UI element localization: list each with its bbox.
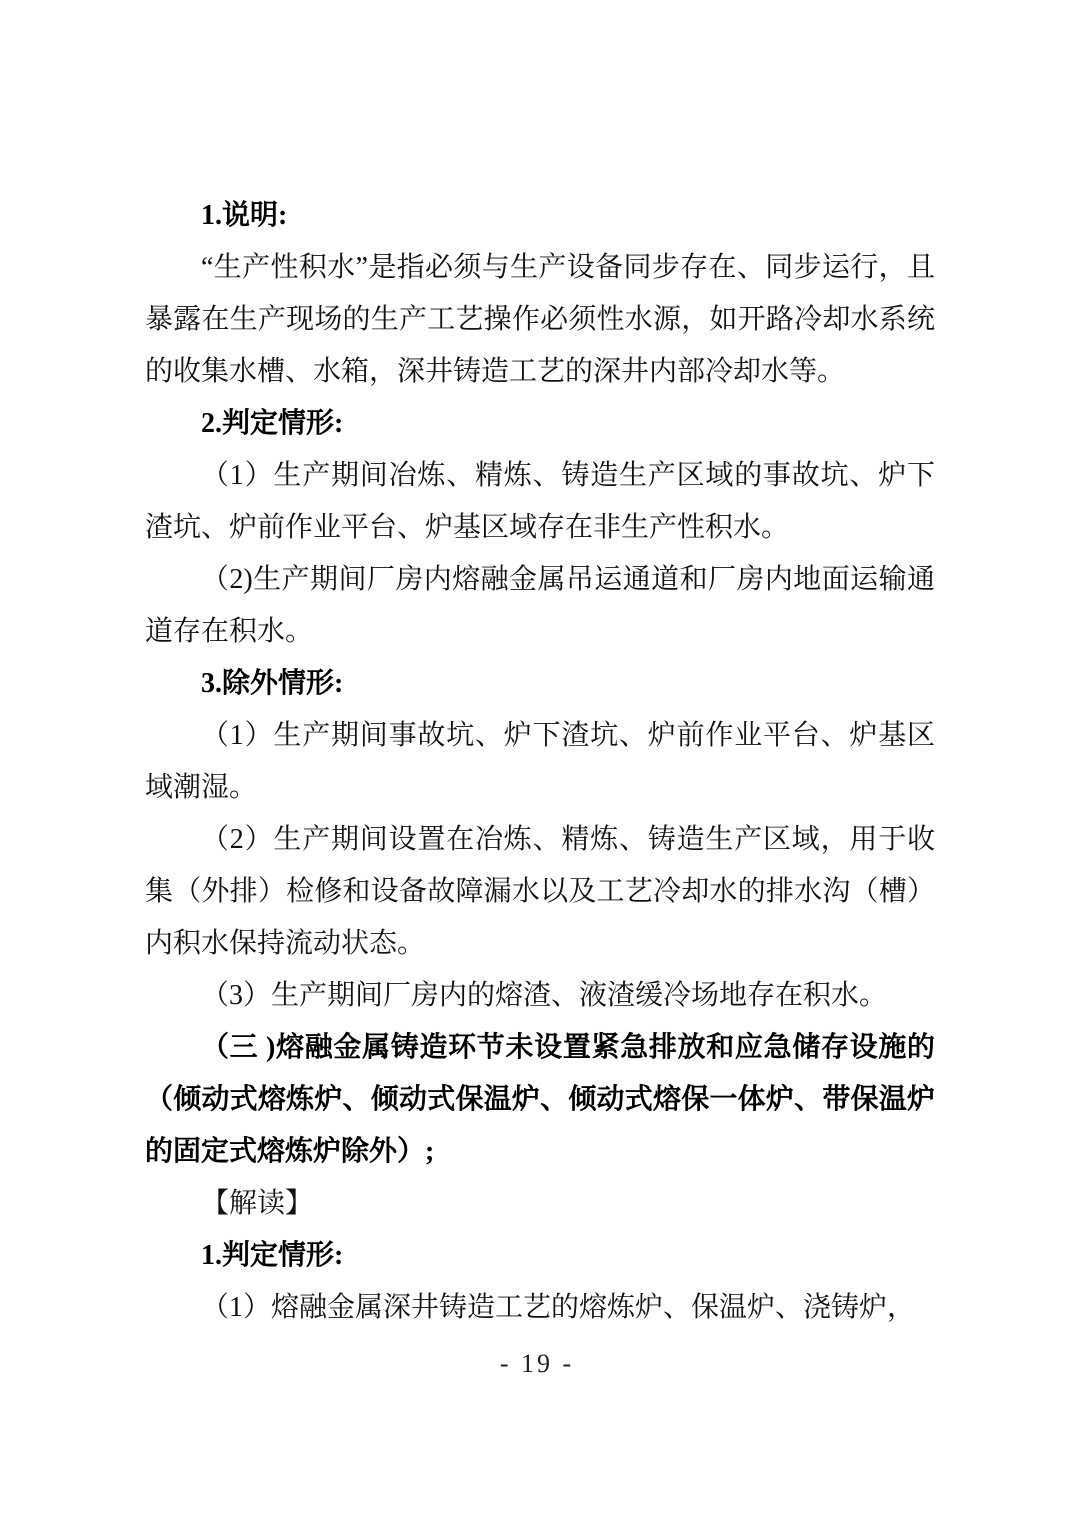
section-heading-chuwai: 3.除外情形: — [145, 658, 935, 710]
document-page: 1.说明: “生产性积水”是指必须与生产设备同步存在、同步运行，且暴露在生产现场… — [0, 0, 1074, 1520]
paragraph-exception-item-2: （2）生产期间设置在冶炼、精炼、铸造生产区域，用于收集（外排）检修和设备故障漏水… — [145, 814, 935, 970]
paragraph-explanation: “生产性积水”是指必须与生产设备同步存在、同步运行，且暴露在生产现场的生产工艺操… — [145, 242, 935, 398]
page-number: - 19 - — [0, 1344, 1074, 1384]
section-heading-shuoming: 1.说明: — [145, 190, 935, 242]
section-heading-panding-2: 1.判定情形: — [145, 1230, 935, 1282]
paragraph-jiedu-label: 【解读】 — [145, 1178, 935, 1230]
paragraph-exception-item-1: （1）生产期间事故坑、炉下渣坑、炉前作业平台、炉基区域潮湿。 — [145, 710, 935, 814]
paragraph-judgment2-item-1: （1）熔融金属深井铸造工艺的熔炼炉、保温炉、浇铸炉， — [145, 1282, 935, 1334]
document-body: 1.说明: “生产性积水”是指必须与生产设备同步存在、同步运行，且暴露在生产现场… — [145, 190, 935, 1334]
paragraph-exception-item-3: （3）生产期间厂房内的熔渣、液渣缓冷场地存在积水。 — [145, 970, 935, 1022]
section-heading-panding-1: 2.判定情形: — [145, 398, 935, 450]
paragraph-judgment-item-1: （1）生产期间冶炼、精炼、铸造生产区域的事故坑、炉下渣坑、炉前作业平台、炉基区域… — [145, 450, 935, 554]
paragraph-judgment-item-2: （2)生产期间厂房内熔融金属吊运通道和厂房内地面运输通道存在积水。 — [145, 554, 935, 658]
clause-three-title: （三 )熔融金属铸造环节未设置紧急排放和应急储存设施的（倾动式熔炼炉、倾动式保温… — [145, 1022, 935, 1178]
